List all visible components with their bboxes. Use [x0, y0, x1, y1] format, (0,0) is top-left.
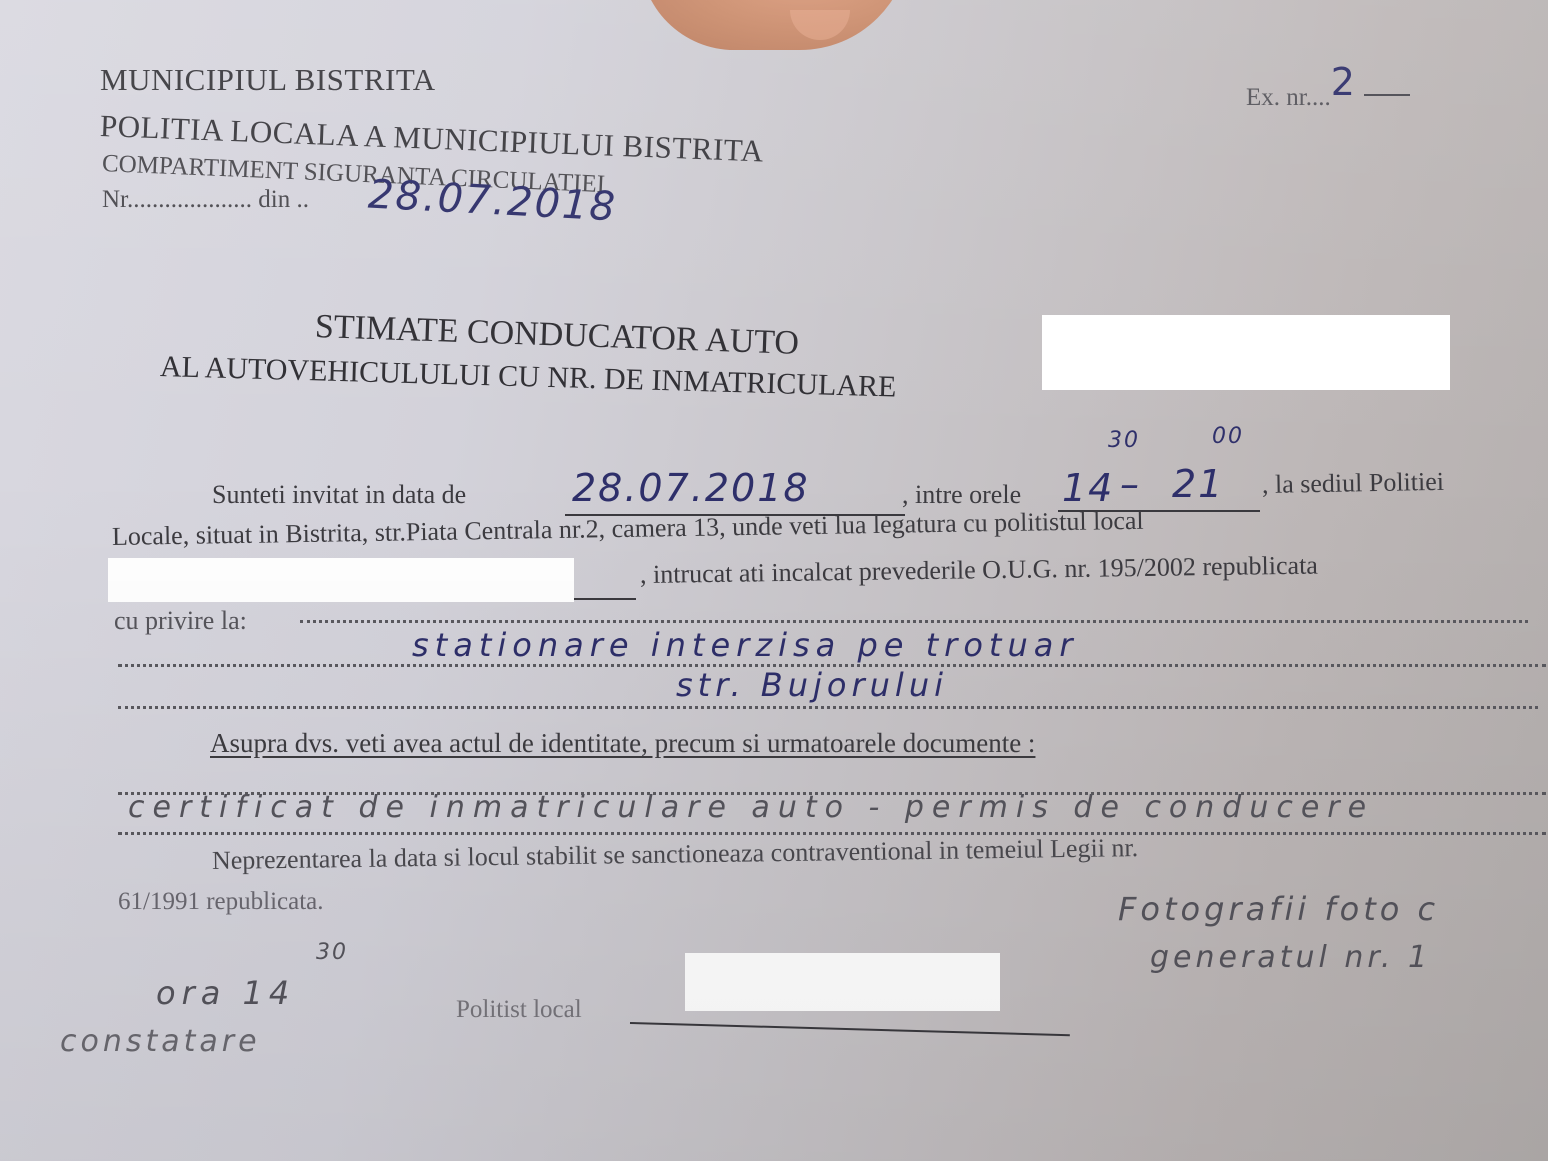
copy-label: Ex. nr....: [1246, 84, 1331, 111]
hours-to-minutes: 00: [1212, 424, 1244, 449]
photo-note-line-1: Fotografii foto c: [1118, 890, 1439, 928]
regarding-dotted-line-1: [300, 620, 1528, 623]
title-line-1: STIMATE CONDUCATOR AUTO: [314, 308, 799, 363]
copy-number-line: Ex. nr....2: [1246, 70, 1357, 114]
hours-suffix: , la sediul Politiei: [1262, 467, 1444, 500]
invite-date-handwritten: 28.07.2018: [572, 466, 810, 510]
officer-name-underline: [574, 598, 636, 600]
found-note: constatare: [60, 1024, 261, 1059]
documents-instruction: Asupra dvs. veti avea actul de identitat…: [210, 728, 1035, 759]
time-found-minutes: 30: [316, 940, 348, 965]
officer-name-redaction: [108, 558, 574, 602]
number-label: Nr.: [102, 186, 133, 213]
regarding-dotted-line-3: [118, 706, 1538, 709]
number-dots: ...................: [133, 186, 252, 213]
time-found-note: ora 14: [156, 974, 295, 1012]
copy-number-underline: [1364, 94, 1410, 96]
copy-number: 2: [1331, 60, 1357, 104]
officer-signature-redaction: [685, 953, 1000, 1011]
fingernail: [790, 10, 850, 40]
date-label: din ..: [258, 186, 309, 213]
document-number-line: Nr.................... din ..: [102, 186, 309, 214]
regarding-label: cu privire la:: [114, 606, 247, 636]
municipality-heading: MUNICIPIUL BISTRITA: [100, 62, 436, 98]
address-line: Locale, situat in Bistrita, str.Piata Ce…: [112, 506, 1144, 552]
hours-to: 21: [1172, 462, 1224, 506]
plate-number-redaction: [1042, 315, 1450, 390]
hours-from-minutes: 30: [1108, 428, 1140, 453]
photo-note-line-2: generatul nr. 1: [1150, 940, 1431, 975]
finger-in-photo: [640, 0, 910, 50]
violation-handwritten-1: stationare interzisa pe trotuar: [412, 626, 1079, 664]
penalty-line-1: Neprezentarea la data si locul stabilit …: [212, 833, 1139, 876]
officer-signature-label: Politist local: [456, 996, 582, 1024]
hours-from: 14: [1062, 466, 1114, 510]
documents-dotted-line-2: [118, 832, 1546, 835]
hours-dash: –: [1120, 462, 1141, 506]
documents-handwritten: certificat de inmatriculare auto - permi…: [128, 790, 1374, 825]
invite-prefix: Sunteti invitat in data de: [212, 480, 466, 510]
legal-basis-line: , intrucat ati incalcat prevederile O.U.…: [640, 551, 1318, 590]
violation-handwritten-2: str. Bujorului: [676, 666, 948, 704]
hours-prefix: , intre orele: [902, 480, 1021, 510]
officer-signature-line: [630, 1022, 1070, 1036]
penalty-line-2: 61/1991 republicata.: [118, 888, 324, 916]
